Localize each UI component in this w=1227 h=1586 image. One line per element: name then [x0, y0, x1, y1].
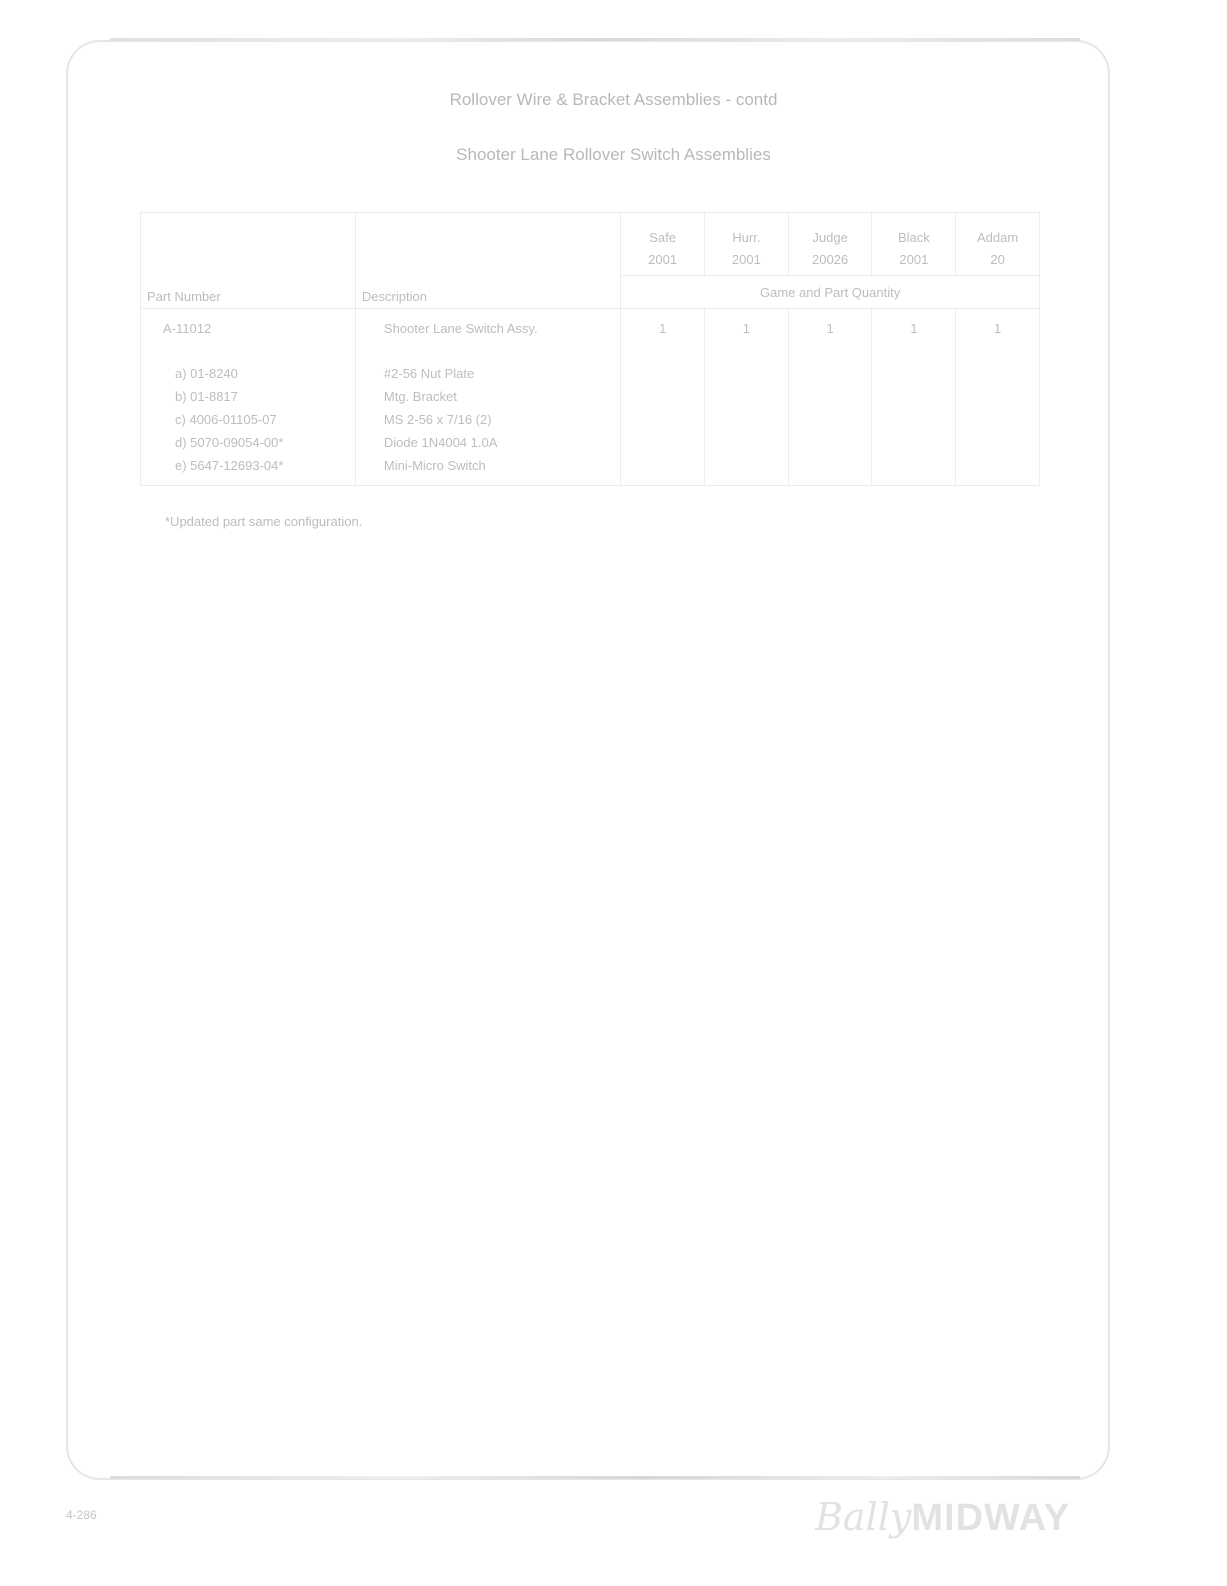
sub-part-description: #2-56 Nut Plate [384, 362, 614, 385]
header-game: Safe2001 [621, 213, 705, 276]
sub-part-description: MS 2-56 x 7/16 (2) [384, 408, 614, 431]
page-number: 4-286 [66, 1508, 97, 1522]
sub-part-number: a) 01-8240 [163, 362, 349, 385]
frame-bottom-border [110, 1476, 1080, 1479]
sub-part-description: Mini-Micro Switch [384, 454, 614, 477]
section-title: Shooter Lane Rollover Switch Assemblies [0, 145, 1227, 165]
header-game: Addam20 [956, 213, 1040, 276]
sub-part-description: Mtg. Bracket [384, 385, 614, 408]
frame-top-border [110, 38, 1080, 41]
header-part-number: Part Number [141, 213, 356, 309]
sub-part-number: c) 4006-01105-07 [163, 408, 349, 431]
header-game: Judge20026 [788, 213, 872, 276]
part-number-cell: A-11012 a) 01-8240 b) 01-8817 c) 4006-01… [141, 309, 356, 486]
quantity-cell: 1 [872, 309, 956, 486]
description-cell: Shooter Lane Switch Assy. #2-56 Nut Plat… [355, 309, 620, 486]
sub-part-description: Diode 1N4004 1.0A [384, 431, 614, 454]
header-game: Hurr.2001 [705, 213, 789, 276]
header-game-quantity: Game and Part Quantity [621, 276, 1040, 309]
sub-part-number: d) 5070-09054-00* [163, 431, 349, 454]
header-description: Description [355, 213, 620, 309]
bally-midway-logo: BallyMIDWAY [815, 1495, 1070, 1540]
quantity-cell: 1 [788, 309, 872, 486]
sub-part-number: b) 01-8817 [163, 385, 349, 408]
quantity-cell: 1 [705, 309, 789, 486]
parts-table: Part Number Description Safe2001 Hurr.20… [140, 212, 1040, 486]
page-title: Rollover Wire & Bracket Assemblies - con… [0, 90, 1227, 110]
footnote: *Updated part same configuration. [165, 514, 362, 529]
header-game: Black2001 [872, 213, 956, 276]
table-row: A-11012 a) 01-8240 b) 01-8817 c) 4006-01… [141, 309, 1040, 486]
quantity-cell: 1 [621, 309, 705, 486]
sub-part-number: e) 5647-12693-04* [163, 454, 349, 477]
quantity-cell: 1 [956, 309, 1040, 486]
